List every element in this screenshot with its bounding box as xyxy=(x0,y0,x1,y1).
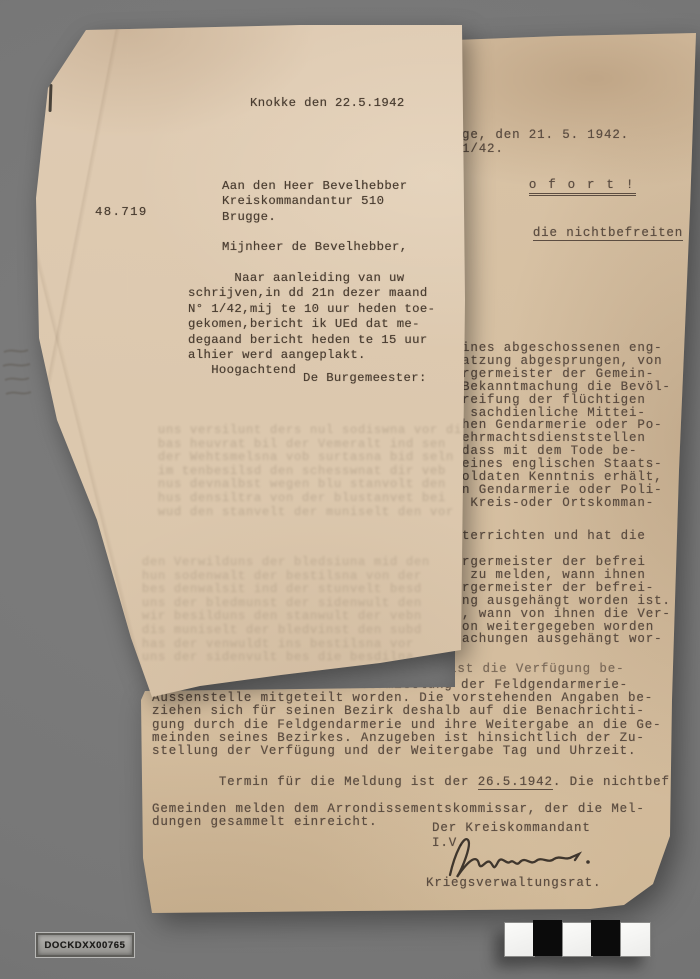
scale-square-white-1 xyxy=(504,922,535,957)
dutch-address-block: Aan den Heer Bevelhebber Kreiskommandant… xyxy=(222,179,408,225)
dutch-page-paper: Knokke den 22.5.1942 48.719 Aan den Heer… xyxy=(0,0,700,979)
scale-square-white-2 xyxy=(562,922,593,957)
dutch-salutation: Mijnheer de Bevelhebber, xyxy=(222,240,408,255)
scale-square-white-3 xyxy=(620,922,651,957)
scale-square-black-1 xyxy=(533,920,562,956)
dutch-signoff: De Burgemeester: xyxy=(303,371,427,386)
document-page-dutch: Knokke den 22.5.1942 48.719 Aan den Heer… xyxy=(0,0,700,979)
pencil-annotation xyxy=(0,340,46,410)
photo-backdrop: ge, den 21. 5. 1942. 1/42. o f o r t ! d… xyxy=(0,0,700,979)
bleedthrough-text-lower: den Verwilduns der bledsiuna mid den hun… xyxy=(142,556,430,665)
bleedthrough-text-upper: uns versilunt ders nul sodiswna vor dis … xyxy=(158,424,470,519)
dutch-reference-number: 48.719 xyxy=(95,205,148,220)
pen-mark xyxy=(49,84,53,112)
dutch-date-line: Knokke den 22.5.1942 xyxy=(250,96,405,111)
dutch-body: Naar aanleiding van uw schrijven,in dd 2… xyxy=(188,271,435,379)
archive-label-text: DOCKDXX00765 xyxy=(44,940,125,951)
archive-label: DOCKDXX00765 xyxy=(36,933,134,957)
scale-square-black-2 xyxy=(591,920,620,956)
